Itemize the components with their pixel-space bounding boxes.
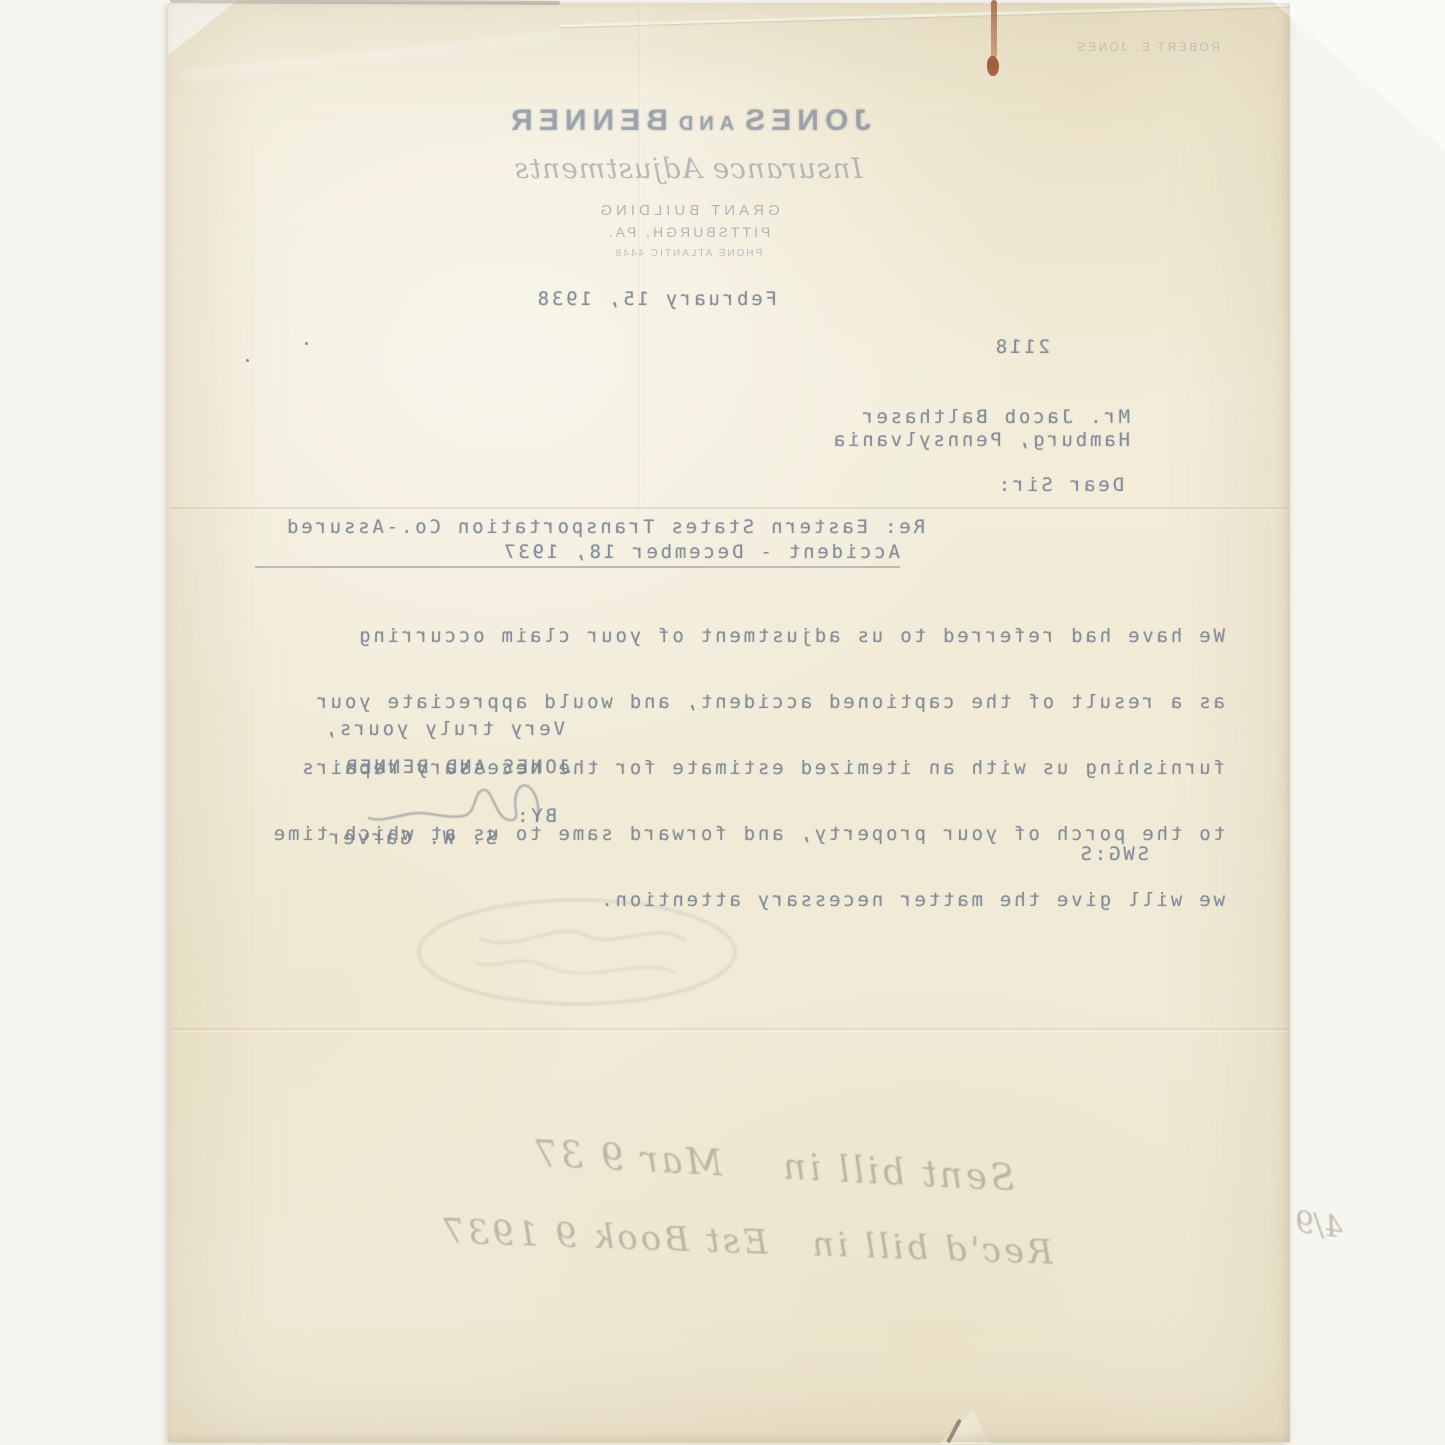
- letterhead-tagline: Insurance Adjustments: [513, 152, 862, 185]
- owner-name-stamp: ROBERT E. JONES: [1075, 40, 1220, 54]
- file-number: 2118: [993, 336, 1050, 358]
- scanned-letter-verso: ROBERT E. JONES JONESANDBENNER Insurance…: [0, 0, 1445, 1445]
- letterhead-company-name: JONESANDBENNER: [505, 104, 871, 138]
- body-line: as a result of the captioned accident, a…: [271, 691, 1225, 713]
- pencil-note-fragment: 4/9: [1293, 1205, 1346, 1246]
- salutation: Dear Sir:: [996, 474, 1124, 496]
- subject-line-1: Re: Eastern States Transportation Co.-As…: [284, 516, 925, 538]
- subject-line-2: Accident - December 18, 1937: [255, 541, 900, 568]
- pencil-note-line-1: Sent bill in Mar 9 37: [531, 1133, 1016, 1199]
- reference-initials: SWG:S: [1078, 843, 1149, 865]
- letterhead-phone: PHONE ATLANTIC 4448: [614, 248, 762, 259]
- mirrored-bleed-through-content: ROBERT E. JONES JONESANDBENNER Insurance…: [0, 0, 1445, 1445]
- closing: Very truly yours,: [323, 718, 565, 740]
- faint-oval-stamp: [405, 890, 745, 1020]
- recipient-name: Mr. Jacob Balthaser: [859, 406, 1130, 428]
- letter-date: February 15, 1938: [535, 288, 777, 310]
- company-word: AND: [673, 113, 734, 135]
- signer-name: S. W. Garver: [326, 827, 497, 849]
- letterhead-building: GRANT BUILDING: [596, 202, 779, 219]
- letterhead-city: PITTSBURGH, PA.: [606, 224, 771, 240]
- company-word: JONES: [739, 104, 871, 137]
- pencil-note-line-2: Rec'd bill in Est Book 9 1937: [439, 1211, 1053, 1272]
- recipient-address: Hamburg, Pennsylvania: [831, 429, 1130, 451]
- body-line: We have had referred to us adjustment of…: [271, 625, 1225, 647]
- company-word: BENNER: [505, 104, 668, 137]
